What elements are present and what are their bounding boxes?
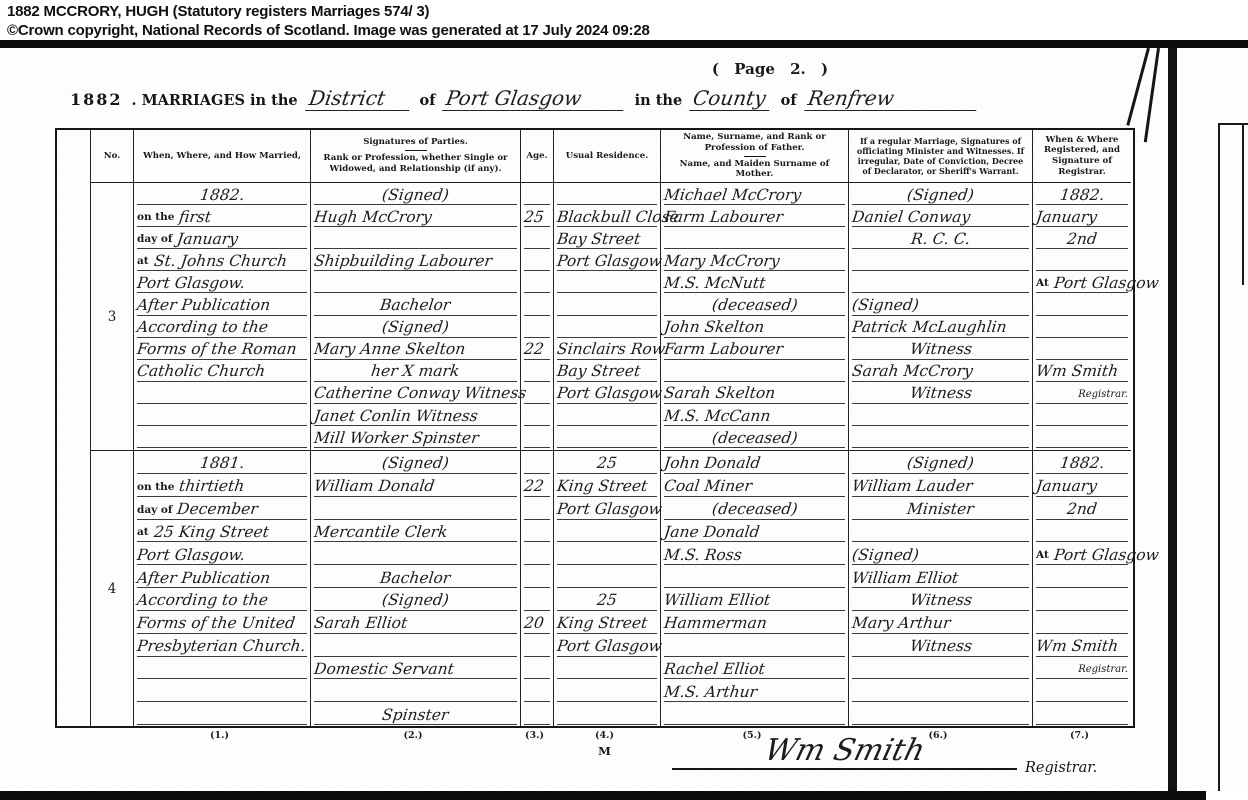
register-line <box>314 542 517 565</box>
register-line: Mary Anne Skelton <box>314 338 517 360</box>
column-header-signatures: Signatures of Parties. Rank or Professio… <box>310 130 520 182</box>
register-line: Wm Smith <box>1036 634 1128 657</box>
registrar-signature-text: Wm Smith <box>761 736 928 768</box>
title-year: 1882 <box>70 90 123 109</box>
register-line <box>524 520 550 543</box>
register-line: 1882. <box>1036 451 1128 474</box>
register-line: on thethirtieth <box>137 474 307 497</box>
register-line <box>1036 426 1128 448</box>
mother-header-bottom: Name, and Maiden Surname of Mother. <box>665 159 844 180</box>
column-number-1: (1.) <box>131 730 308 758</box>
register-line: on thefirst <box>137 205 307 227</box>
entry-4-signatures-cell: (Signed)William DonaldMercantile ClerkBa… <box>310 450 520 726</box>
register-line: Port Glasgow <box>557 382 657 404</box>
register-line <box>664 565 845 588</box>
register-line: (Signed) <box>314 183 517 205</box>
register-line: 2nd <box>1036 227 1128 249</box>
register-line: 25 <box>557 451 657 474</box>
register-line: Janet Conlin Witness <box>314 404 517 426</box>
entry-3-margin-cell <box>57 182 90 450</box>
register-line: Michael McCrory <box>664 183 845 205</box>
register-line <box>1036 611 1128 634</box>
title-district-value: Port Glasgow <box>443 88 628 111</box>
register-line <box>557 426 657 448</box>
register-line <box>524 565 550 588</box>
column-header-no: No. <box>90 130 133 182</box>
register-line <box>557 293 657 315</box>
register-line <box>557 183 657 205</box>
title-county-value: Renfrew <box>804 88 979 111</box>
register-line: Shipbuilding Labourer <box>314 249 517 271</box>
register-line: Witness <box>852 382 1029 404</box>
register-line <box>524 588 550 611</box>
registrar-label: Registrar. <box>1025 760 1097 776</box>
title-county-word: County <box>689 88 773 111</box>
register-line <box>852 426 1029 448</box>
register-line: Mary McCrory <box>664 249 845 271</box>
entry-4-parents-cell: John DonaldCoal Miner(deceased)Jane Dona… <box>660 450 848 726</box>
register-line: According to the <box>137 316 307 338</box>
register-line: Wm Smith <box>1036 360 1128 382</box>
entry-4-when-cell: 1881.on thethirtiethday ofDecemberat25 K… <box>133 450 310 726</box>
register-line <box>314 271 517 293</box>
register-line: William Elliot <box>664 588 845 611</box>
father-header-top: Name, Surname, and Rank or Profession of… <box>665 132 844 153</box>
register-line: Port Glasgow <box>557 249 657 271</box>
title-of-2: of <box>781 92 797 109</box>
register-line: M.S. McNutt <box>664 271 845 293</box>
header-divider <box>744 156 766 157</box>
register-line: John Skelton <box>664 316 845 338</box>
register-line: Port Glasgow <box>557 634 657 657</box>
register-line: Presbyterian Church. <box>137 634 307 657</box>
register-line: 25 <box>524 205 550 227</box>
column-header-age: Age. <box>520 130 553 182</box>
footnum-spacer <box>88 730 131 758</box>
register-line: Registrar. <box>1036 657 1128 680</box>
page-fold-crease <box>1144 48 1160 142</box>
register-line: (Signed) <box>852 542 1029 565</box>
copyright-line: ©Crown copyright, National Records of Sc… <box>7 21 650 40</box>
register-line: her X mark <box>314 360 517 382</box>
register-line <box>524 634 550 657</box>
register-line: 1881. <box>137 451 307 474</box>
register-line: Mary Arthur <box>852 611 1029 634</box>
register-line <box>664 227 845 249</box>
scan-bottom-edge <box>0 791 1206 800</box>
register-line <box>137 404 307 426</box>
register-line: Hugh McCrory <box>314 205 517 227</box>
page-letter-m: M <box>551 744 658 758</box>
register-line: AtPort Glasgow <box>1036 271 1128 293</box>
register-line: King Street <box>557 474 657 497</box>
register-line: 20 <box>524 611 550 634</box>
column-header-margin <box>57 130 90 182</box>
register-line <box>557 657 657 680</box>
register-line <box>314 227 517 249</box>
register-line: (Signed) <box>852 293 1029 315</box>
register-line: January <box>1036 474 1128 497</box>
register-line: John Donald <box>664 451 845 474</box>
register-line: 25 <box>557 588 657 611</box>
register-line <box>524 451 550 474</box>
register-line <box>137 657 307 680</box>
entry-3-parents-cell: Michael McCroryFarm LabourerMary McCrory… <box>660 182 848 450</box>
scan-top-edge <box>0 40 1248 48</box>
page-fold <box>1168 48 1177 791</box>
register-line: Sarah McCrory <box>852 360 1029 382</box>
register-line: Blackbull Close <box>557 205 657 227</box>
register-line <box>1036 565 1128 588</box>
register-line <box>314 497 517 520</box>
register-line: (Signed) <box>852 451 1029 474</box>
register-line: (Signed) <box>314 316 517 338</box>
register-line <box>524 426 550 448</box>
register-line: (deceased) <box>664 497 845 520</box>
register-line <box>1036 679 1128 702</box>
register-line <box>524 271 550 293</box>
entry-4-residence-cell: 25King StreetPort Glasgow25King StreetPo… <box>553 450 660 726</box>
entry-3-number: 3 <box>90 182 133 450</box>
register-line: Patrick McLaughlin <box>852 316 1029 338</box>
register-line <box>524 183 550 205</box>
register-line: Mercantile Clerk <box>314 520 517 543</box>
register-line <box>557 404 657 426</box>
register-line: Port Glasgow. <box>137 271 307 293</box>
register-line <box>664 634 845 657</box>
register-line <box>1036 520 1128 543</box>
register-line: M.S. Arthur <box>664 679 845 702</box>
record-title: 1882 MCCRORY, HUGH (Statutory registers … <box>7 2 650 21</box>
entry-3-signatures-cell: (Signed)Hugh McCroryShipbuilding Laboure… <box>310 182 520 450</box>
entry-4-margin-cell <box>57 450 90 726</box>
register-line: Witness <box>852 588 1029 611</box>
register-line: According to the <box>137 588 307 611</box>
register-line <box>524 249 550 271</box>
register-line: Farm Labourer <box>664 205 845 227</box>
register-line <box>137 679 307 702</box>
register-line: (deceased) <box>664 293 845 315</box>
register-line: William Donald <box>314 474 517 497</box>
registrar-signature: Wm Smith <box>672 736 1017 770</box>
signatures-header-top: Signatures of Parties. <box>363 137 468 148</box>
register-line: Port Glasgow. <box>137 542 307 565</box>
register-line <box>524 316 550 338</box>
register-line <box>557 702 657 725</box>
page-number-label: ( Page 2. ) <box>660 60 880 78</box>
register-line <box>557 679 657 702</box>
register-line <box>852 657 1029 680</box>
register-line: Forms of the Roman <box>137 338 307 360</box>
register-line <box>314 634 517 657</box>
title-district-word: District <box>305 88 413 111</box>
register-line: at25 King Street <box>137 520 307 543</box>
page-fold-crease <box>1126 48 1149 126</box>
register-line <box>524 702 550 725</box>
register-line: Registrar. <box>1036 382 1128 404</box>
register-line: 2nd <box>1036 497 1128 520</box>
column-number-7: (7.) <box>1030 730 1129 758</box>
register-line <box>852 404 1029 426</box>
register-line <box>524 404 550 426</box>
register-line: William Lauder <box>852 474 1029 497</box>
column-header-when: When, Where, and How Married, <box>133 130 310 182</box>
signatures-header-bottom: Rank or Profession, whether Single or Wi… <box>315 153 516 174</box>
entry-3-minister-cell: (Signed)Daniel ConwayR. C. C.(Signed)Pat… <box>848 182 1032 450</box>
register-line <box>852 271 1029 293</box>
register-line <box>137 382 307 404</box>
column-number-2: (2.) <box>308 730 518 758</box>
register-line: atSt. Johns Church <box>137 249 307 271</box>
register-line: After Publication <box>137 565 307 588</box>
register-line <box>524 657 550 680</box>
register-line <box>524 497 550 520</box>
register-line: 22 <box>524 474 550 497</box>
register-line: Hammerman <box>664 611 845 634</box>
register-line: Spinster <box>314 702 517 725</box>
register-line <box>852 520 1029 543</box>
register-line <box>524 382 550 404</box>
register-line <box>557 542 657 565</box>
register-line: Witness <box>852 338 1029 360</box>
register-line: 1882. <box>1036 183 1128 205</box>
register-line: Witness <box>852 634 1029 657</box>
register-line: Sarah Elliot <box>314 611 517 634</box>
register-line: Mill Worker Spinster <box>314 426 517 448</box>
register-line <box>524 293 550 315</box>
register-line: Jane Donald <box>664 520 845 543</box>
register-line: January <box>1036 205 1128 227</box>
header-divider <box>405 150 427 151</box>
register-line <box>137 702 307 725</box>
register-line <box>1036 338 1128 360</box>
register-line <box>1036 293 1128 315</box>
register-line: (Signed) <box>314 451 517 474</box>
register-line: (deceased) <box>664 426 845 448</box>
register-line <box>524 360 550 382</box>
entry-4-registered-cell: 1882.January2ndAtPort GlasgowWm SmithReg… <box>1032 450 1131 726</box>
register-line <box>557 520 657 543</box>
register-line: Minister <box>852 497 1029 520</box>
register-line: King Street <box>557 611 657 634</box>
register-line <box>1036 404 1128 426</box>
title-of-1: of <box>420 92 436 109</box>
register-line <box>557 565 657 588</box>
register-line <box>557 271 657 293</box>
column-header-registered: When & Where Registered, and Signature o… <box>1032 130 1131 182</box>
register-table: No. When, Where, and How Married, Signat… <box>55 128 1135 728</box>
register-line <box>852 702 1029 725</box>
register-line: M.S. Ross <box>664 542 845 565</box>
register-line: William Elliot <box>852 565 1029 588</box>
column-header-minister: If a regular Marriage, Signatures of off… <box>848 130 1032 182</box>
register-line <box>852 249 1029 271</box>
register-line: 1882. <box>137 183 307 205</box>
column-number-4: (4.) <box>551 730 658 741</box>
register-line <box>314 679 517 702</box>
column-number-3: (3.) <box>518 730 551 758</box>
register-line: Sinclairs Row <box>557 338 657 360</box>
register-line <box>557 316 657 338</box>
register-line: Farm Labourer <box>664 338 845 360</box>
register-line <box>137 426 307 448</box>
register-line: Daniel Conway <box>852 205 1029 227</box>
register-line: Catherine Conway Witness <box>314 382 517 404</box>
register-line: Bay Street <box>557 227 657 249</box>
next-page-column-line <box>1242 125 1244 285</box>
entry-4-minister-cell: (Signed)William LauderMinister(Signed)Wi… <box>848 450 1032 726</box>
register-line: Bachelor <box>314 565 517 588</box>
title-text-2: in the <box>635 92 683 109</box>
register-line: Coal Miner <box>664 474 845 497</box>
register-line <box>664 702 845 725</box>
register-title: 1882 . MARRIAGES in the District of Port… <box>70 88 977 111</box>
register-line: day ofDecember <box>137 497 307 520</box>
viewer-header: 1882 MCCRORY, HUGH (Statutory registers … <box>7 2 650 40</box>
register-line: R. C. C. <box>852 227 1029 249</box>
title-text-1: . MARRIAGES in the <box>132 92 298 109</box>
footnum-spacer <box>55 730 88 758</box>
register-line: (Signed) <box>314 588 517 611</box>
register-line <box>1036 249 1128 271</box>
entry-4-age-cell: 2220 <box>520 450 553 726</box>
register-line: After Publication <box>137 293 307 315</box>
register-line: Port Glasgow <box>557 497 657 520</box>
entry-3-registered-cell: 1882.January2ndAtPort GlasgowWm SmithReg… <box>1032 182 1131 450</box>
register-line: day ofJanuary <box>137 227 307 249</box>
register-line: Sarah Skelton <box>664 382 845 404</box>
register-line <box>1036 316 1128 338</box>
column-header-parents: Name, Surname, and Rank or Profession of… <box>660 130 848 182</box>
scanned-register-page: ( Page 2. ) 1882 . MARRIAGES in the Dist… <box>0 48 1248 791</box>
register-line: Catholic Church <box>137 360 307 382</box>
entry-3-when-cell: 1882.on thefirstday ofJanuaryatSt. Johns… <box>133 182 310 450</box>
register-line: 22 <box>524 338 550 360</box>
register-line: Rachel Elliot <box>664 657 845 680</box>
register-line: M.S. McCann <box>664 404 845 426</box>
entry-3-residence-cell: Blackbull CloseBay StreetPort GlasgowSin… <box>553 182 660 450</box>
entry-3-age-cell: 2522 <box>520 182 553 450</box>
register-line: Bay Street <box>557 360 657 382</box>
register-line <box>524 679 550 702</box>
register-line <box>524 542 550 565</box>
register-line <box>1036 702 1128 725</box>
register-line <box>664 360 845 382</box>
column-header-residence: Usual Residence. <box>553 130 660 182</box>
register-line: AtPort Glasgow <box>1036 542 1128 565</box>
column-number-4-group: (4.) M <box>551 730 658 758</box>
register-line: Forms of the United <box>137 611 307 634</box>
entry-4-number: 4 <box>90 450 133 726</box>
register-line: Bachelor <box>314 293 517 315</box>
register-line <box>1036 588 1128 611</box>
register-line: (Signed) <box>852 183 1029 205</box>
register-line <box>852 679 1029 702</box>
register-line: Domestic Servant <box>314 657 517 680</box>
register-line <box>524 227 550 249</box>
